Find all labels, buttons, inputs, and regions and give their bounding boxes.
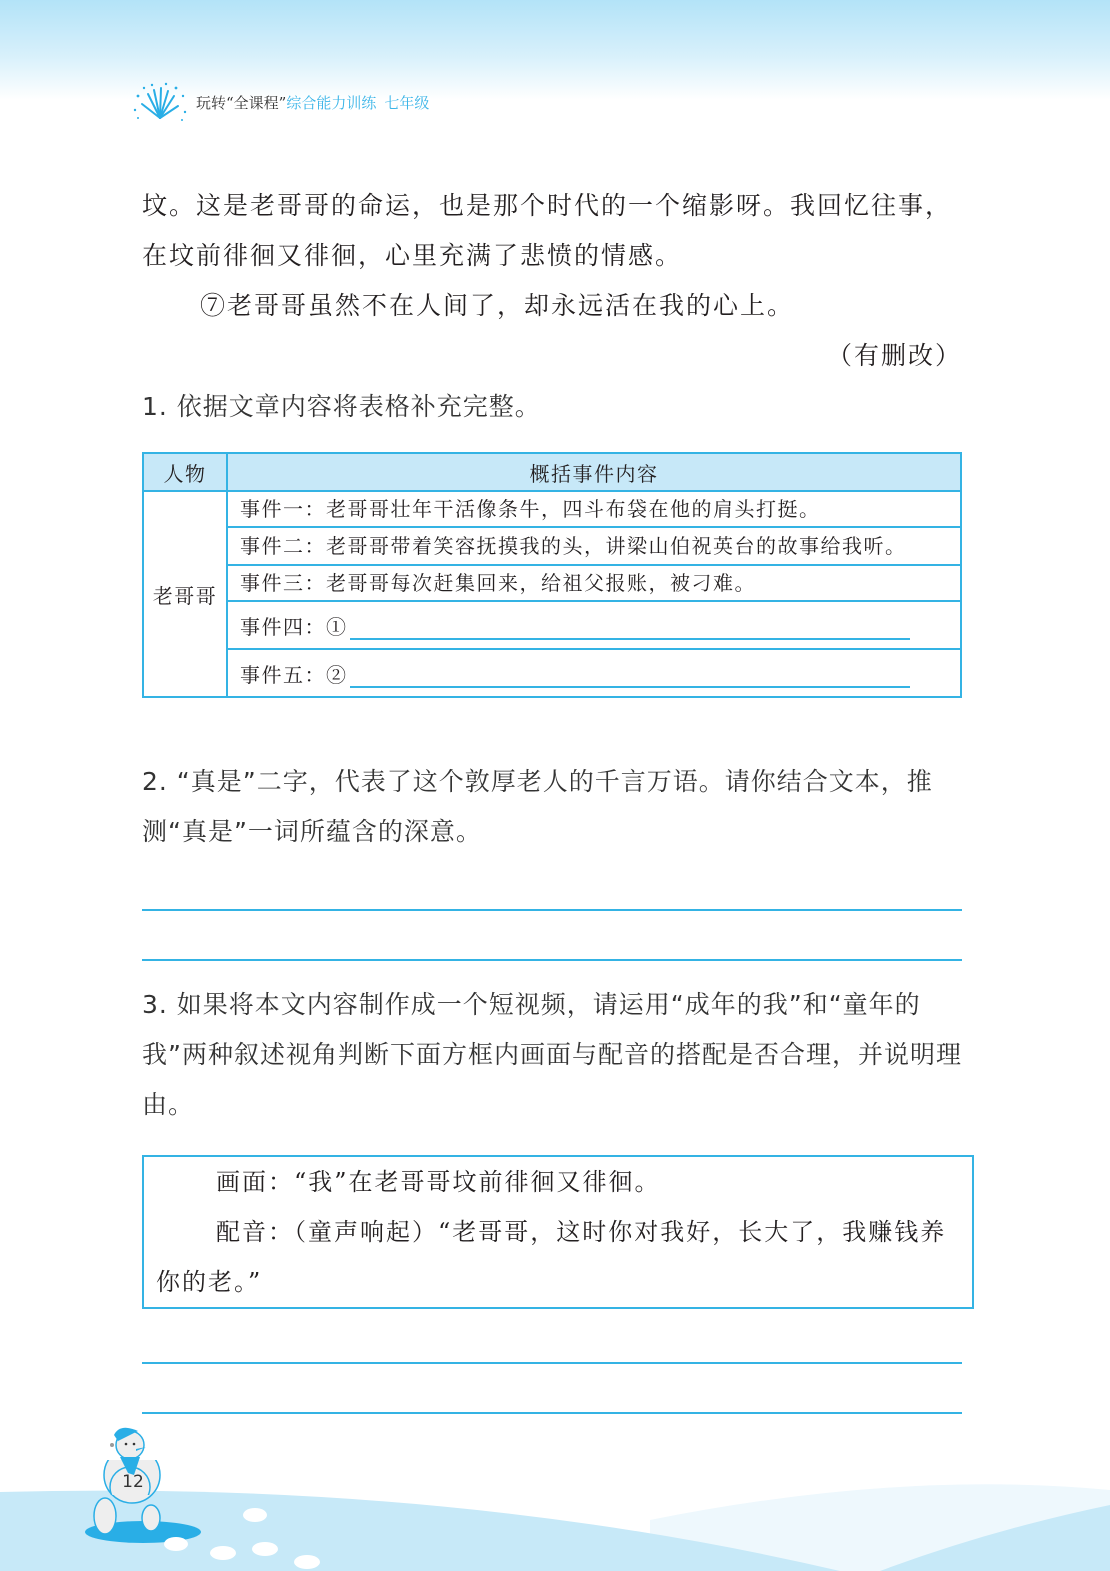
series-subtitle: 综合能力训练 bbox=[286, 92, 376, 113]
table-header-events: 概括事件内容 bbox=[227, 453, 961, 491]
question-1-prompt: 1. 依据文章内容将表格补充完整。 bbox=[142, 382, 962, 432]
table-row: 事件三：老哥哥每次赶集回来，给祖父报账，被刁难。 bbox=[143, 565, 961, 601]
grade-label: 七年级 bbox=[384, 92, 429, 113]
question-3-prompt: 3. 如果将本文内容制作成一个短视频，请运用“成年的我”和“童年的我”两种叙述视… bbox=[142, 980, 962, 1130]
table-row: 事件四：① bbox=[143, 601, 961, 649]
answer-line[interactable] bbox=[142, 1412, 962, 1414]
passage-paragraph: 坟。这是老哥哥的命运，也是那个时代的一个缩影呀。我回忆往事，在坟前徘徊又徘徊，心… bbox=[142, 181, 962, 281]
scenario-box: 画面：“我”在老哥哥坟前徘徊又徘徊。 配音：（童声响起）“老哥哥，这时你对我好，… bbox=[142, 1155, 974, 1309]
voiceover-text: 配音：（童声响起）“老哥哥，这时你对我好，长大了，我赚钱养你的老。” bbox=[156, 1207, 972, 1307]
event-cell: 事件二：老哥哥带着笑容抚摸我的头，讲梁山伯祝英台的故事给我听。 bbox=[227, 527, 961, 565]
person-cell: 老哥哥 bbox=[143, 491, 227, 697]
question-2-prompt: 2. “真是”二字，代表了这个敦厚老人的千言万语。请你结合文本，推测“真是”一词… bbox=[142, 757, 962, 857]
event-cell: 事件三：老哥哥每次赶集回来，给祖父报账，被刁难。 bbox=[227, 565, 961, 601]
event-cell-blank[interactable]: 事件五：② bbox=[227, 649, 961, 697]
series-title: 玩转“全课程” bbox=[196, 92, 286, 113]
answer-line[interactable] bbox=[142, 909, 962, 911]
table-row: 事件五：② bbox=[143, 649, 961, 697]
table-row: 老哥哥 事件一：老哥哥壮年干活像条牛，四斗布袋在他的肩头打挺。 bbox=[143, 491, 961, 527]
event-cell: 事件一：老哥哥壮年干活像条牛，四斗布袋在他的肩头打挺。 bbox=[227, 491, 961, 527]
events-table: 人物 概括事件内容 老哥哥 事件一：老哥哥壮年干活像条牛，四斗布袋在他的肩头打挺… bbox=[142, 452, 962, 698]
passage-paragraph: ⑦老哥哥虽然不在人间了，却永远活在我的心上。 bbox=[142, 281, 962, 331]
table-header-person: 人物 bbox=[143, 453, 227, 491]
answer-blank-2[interactable] bbox=[350, 660, 910, 688]
event-cell-blank[interactable]: 事件四：① bbox=[227, 601, 961, 649]
answer-line[interactable] bbox=[142, 1362, 962, 1364]
answer-line[interactable] bbox=[142, 959, 962, 961]
page-header: 玩转“全课程” 综合能力训练 七年级 bbox=[130, 82, 429, 122]
passage: 坟。这是老哥哥的命运，也是那个时代的一个缩影呀。我回忆往事，在坟前徘徊又徘徊，心… bbox=[142, 181, 962, 381]
answer-blank-1[interactable] bbox=[350, 612, 910, 640]
table-row: 事件二：老哥哥带着笑容抚摸我的头，讲梁山伯祝英台的故事给我听。 bbox=[143, 527, 961, 565]
page-number: 12 bbox=[121, 1472, 145, 1492]
source-note: （有删改） bbox=[142, 331, 962, 381]
fireworks-icon bbox=[130, 82, 190, 122]
scene-description: 画面：“我”在老哥哥坟前徘徊又徘徊。 bbox=[156, 1157, 972, 1207]
